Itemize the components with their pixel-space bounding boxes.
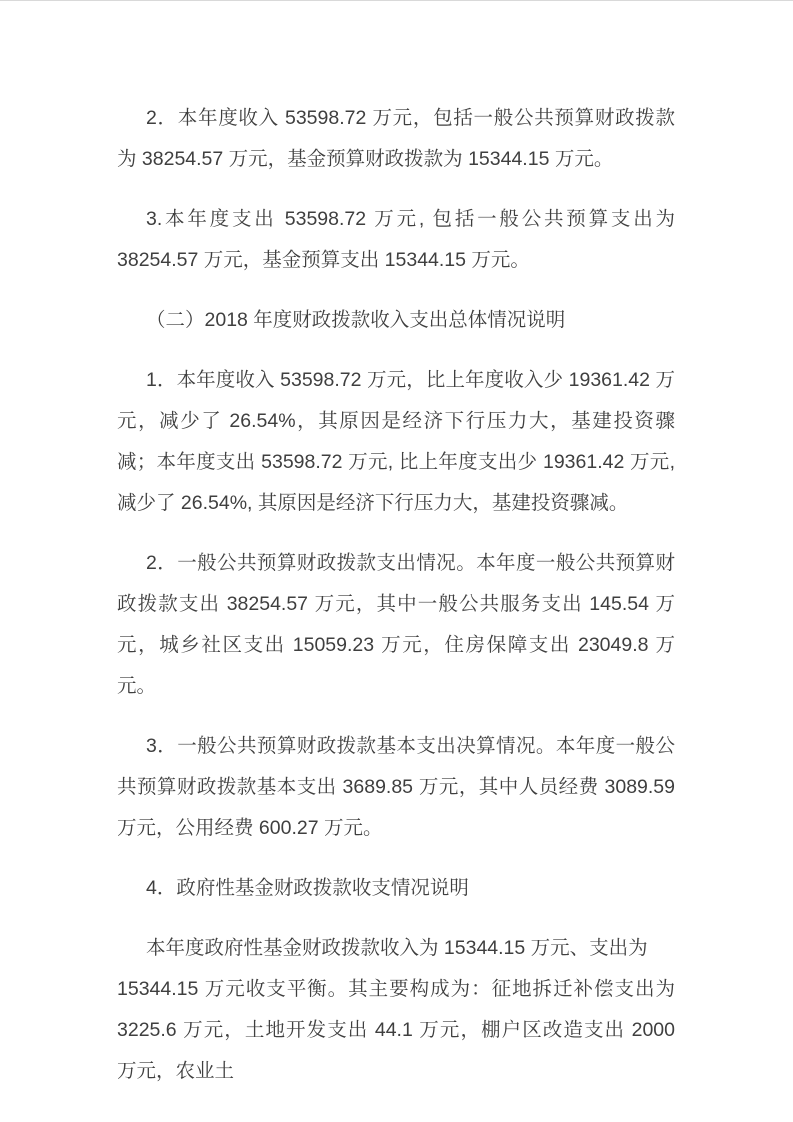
para-general-public-budget-expenditure: 2．一般公共预算财政拨款支出情况。本年度一般公共预算财政拨款支出 38254.5… bbox=[117, 543, 675, 707]
para-fiscal-income-expenditure-change: 1．本年度收入 53598.72 万元，比上年度收入少 19361.42 万元，… bbox=[117, 360, 675, 524]
para-annual-income: 2．本年度收入 53598.72 万元，包括一般公共预算财政拨款为 38254.… bbox=[117, 98, 675, 180]
subheading-government-fund-appropriation: 4．政府性基金财政拨款收支情况说明 bbox=[117, 868, 675, 909]
section-heading-fiscal-appropriation-overview: （二）2018 年度财政拨款收入支出总体情况说明 bbox=[117, 300, 675, 341]
para-basic-expenditure-settlement: 3．一般公共预算财政拨款基本支出决算情况。本年度一般公共预算财政拨款基本支出 3… bbox=[117, 726, 675, 849]
para-annual-expenditure: 3.本年度支出 53598.72 万元, 包括一般公共预算支出为 38254.5… bbox=[117, 199, 675, 281]
page-top-edge bbox=[0, 0, 793, 1]
para-government-fund-detail: 本年度政府性基金财政拨款收入为 15344.15 万元、支出为 15344.15… bbox=[117, 928, 675, 1092]
document-body: 2．本年度收入 53598.72 万元，包括一般公共预算财政拨款为 38254.… bbox=[0, 0, 793, 1092]
